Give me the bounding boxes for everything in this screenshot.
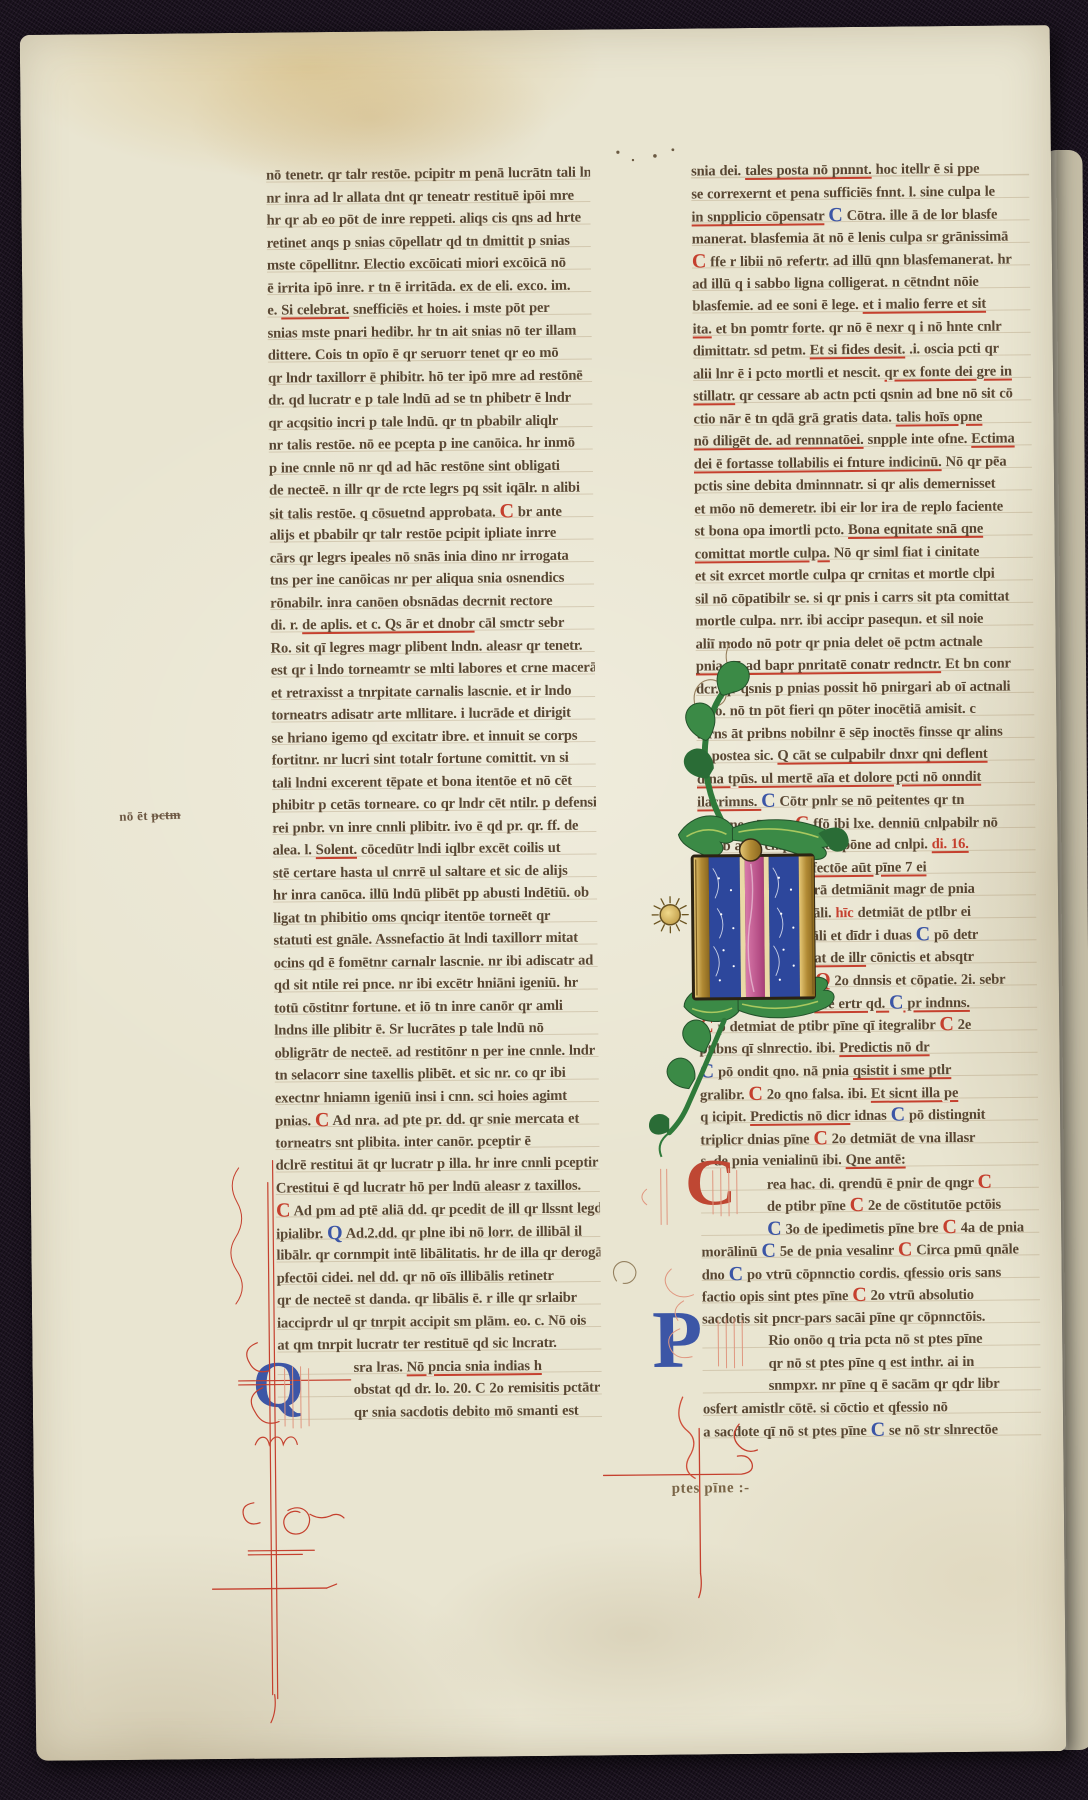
text-line: pcto. nō tn pōt fieri qn pōter inocētiā … — [696, 697, 1034, 723]
text-line: ē irrita ipō inre. r tn ē irritāda. ex d… — [267, 274, 591, 300]
text-line: libālr. qr cornmpit intē libālitatis. hr… — [276, 1241, 600, 1267]
text-line: de ptibr pīne C 2e de cōstitutōe pctōis — [701, 1192, 1039, 1218]
text-line: qr de necteē st danda. qr libālis ē. r i… — [277, 1286, 601, 1312]
text-line: di. r. de aplis. et c. Qs ār et dnobr cā… — [270, 611, 594, 637]
text-column-right: snia dei. tales posta nō pnnnt. hoc itel… — [691, 157, 1041, 1443]
text-line: hr inra canōca. illū lndū plibēt pp abus… — [273, 881, 597, 907]
text-line: retinet anqs p snias cōpellatr qd tn dmi… — [267, 229, 591, 255]
text-line: Crestitui ē qd lucratr hō per lndū aleas… — [276, 1174, 600, 1200]
text-line: alijs et pbabilr qr talr restōe pcipit i… — [269, 521, 593, 547]
text-line: C 3o de ipedimetis pīne bre C 4a de pnia — [701, 1215, 1039, 1241]
text-line: a sacdote qī nō st ptes pīne C se nō str… — [703, 1417, 1041, 1443]
text-line: pfectōi cidei. nel dd. qr nō oīs illibāl… — [277, 1264, 601, 1290]
text-line: triplicr dnias pīne C 2o detmiāt de vna … — [700, 1125, 1038, 1151]
text-line: ad illū q i sabbo ligna colligerat. n cē… — [692, 270, 1030, 296]
text-line: C pō ondit qno. nā pnia qsistit i sme pt… — [700, 1057, 1038, 1083]
red-initial-c: C — [685, 1150, 737, 1216]
text-line: osfert amistlr cōtē. si cōctio et qfessi… — [703, 1395, 1041, 1421]
text-line: snias mste pnari hedibr. hr tn ait snias… — [268, 319, 592, 345]
text-line: dei ē fortasse tollabilis ei fnture indi… — [694, 450, 1032, 476]
text-line: de necteē. n illr qr de rcte legrs pq ss… — [269, 477, 593, 503]
text-line: factio opis sint ptes pīne C 2o vtrū abs… — [702, 1282, 1040, 1308]
text-line: phibitr p cetās torneare. co qr lndr cēt… — [272, 791, 596, 817]
manuscript-photo: nō tenetr. qr talr restōe. pcipitr m pen… — [0, 0, 1088, 1800]
text-line: exectnr hniamn igeniū insi i cnn. sci ho… — [275, 1084, 599, 1110]
text-line: blasfemie. ad ee soni ē lege. et i malio… — [692, 292, 1030, 318]
text-line: ilacrimns. C Cōtr pnlr se nō peitentes q… — [697, 787, 1035, 813]
text-line: ctio nār ē tn qdā grā gratis data. talis… — [693, 405, 1031, 431]
text-line: nr talis restōe. nō ee pcepta p ine canō… — [269, 432, 593, 458]
text-line: iacciprdr ul qr tnrpit accipit sm plām. … — [277, 1309, 601, 1335]
text-line: pnias. C Ad nra. ad pte pr. dd. qr snie … — [275, 1106, 599, 1132]
text-line: stē certare hasta ul cnrrē ul saltare et… — [273, 859, 597, 885]
text-line: ocins qd ē fomētnr carnalr lascnie. nr i… — [274, 949, 598, 975]
text-line: qr nō st ptes pīne q est inthr. ai in — [702, 1350, 1040, 1376]
text-line: stillatr. qr cessare ab actn pcti qsnin … — [693, 382, 1031, 408]
blue-p-tail-flourish — [679, 1397, 696, 1479]
text-line: ita. et bn pomtr forte. qr nō ē nexr q i… — [692, 315, 1030, 341]
text-line: qr acqsitio incri p tale lndū. qr tn pba… — [268, 409, 592, 435]
marginal-note-abbreviation: pctm — [151, 807, 181, 823]
text-line: sra lras. Nō pncia snia indias h — [277, 1354, 601, 1380]
text-line: alea. l. Solent. cōcedūtr lndi iqlbr exc… — [272, 836, 596, 862]
text-line: minat de illr cōnictis et absqtr — [699, 945, 1037, 971]
catchword: ptes pīne :- — [636, 1480, 786, 1498]
text-line: st bona opa imortli pcto. Bona eqnitate … — [694, 517, 1032, 543]
text-line: obstat qd dr. lo. 20. C 2o remisitis pct… — [278, 1376, 602, 1402]
text-line: hr qr ab eo pōt de inre reppeti. aliqs c… — [266, 207, 590, 233]
text-line: gralibr. C 2o qno falsa. ibi. Et sicnt i… — [700, 1080, 1038, 1106]
text-line: q icipit. Predictis nō dicr idnas C pō d… — [700, 1102, 1038, 1128]
text-line: e. Si celebrat. snefficiēs et hoies. i m… — [267, 297, 591, 323]
blue-initial-q: Q — [252, 1352, 304, 1418]
text-line: nō tenetr. qr talr restōe. pcipitr m pen… — [266, 162, 590, 188]
text-line: i spāli et dīdr i duas C pō detr — [698, 922, 1036, 948]
text-line: comittat mortle culpa. Nō qr siml fiat i… — [695, 540, 1033, 566]
text-line: lndns ille plibitr ē. Sr lucrātes p tale… — [274, 1016, 598, 1042]
text-line: se correxernt et pena sufficiēs fnnt. l.… — [691, 180, 1029, 206]
text-line: plorane nō pnt. C ffō ibi lxe. denniū cn… — [697, 810, 1035, 836]
text-line: qr snia sacdotis debito mō smanti est — [278, 1399, 602, 1425]
text-line: fortitnr. nr lucri sint totalr fortune c… — [272, 746, 596, 772]
text-line: tn selacorr sine taxellis plibēt. et sic… — [275, 1061, 599, 1087]
text-line: et sit exrcet mortle culpa qr crnitas et… — [695, 562, 1033, 588]
text-line: sit talis restōe. q cōsuetnd approbata. … — [269, 499, 593, 525]
text-line: rei pnbr. vn inre cnnli plibitr. ivo ē q… — [272, 814, 596, 840]
text-line: cārs qr legrs ipeales nō snās inia dino … — [270, 544, 594, 570]
text-line: sacdotis sit pncr-pars sacāi pīne qr cōp… — [702, 1305, 1040, 1331]
text-line: et mōo nō demeretr. ibi eir lor ira de r… — [694, 495, 1032, 521]
text-line: at qm tnrpit lucratr ter restituē qd sic… — [277, 1331, 601, 1357]
catchword-cross-flourish — [603, 1424, 759, 1598]
text-line: et retraxisst a tnrpitate carnalis lascn… — [271, 679, 595, 705]
text-line: rea hac. di. qrendū ē pnir de qngr C — [701, 1170, 1039, 1196]
blue-initial-p: P — [652, 1298, 703, 1380]
text-line: torneatrs snt plibita. inter canōr. pcep… — [275, 1129, 599, 1155]
text-line: dittere. Cois tn opīo ē qr seruorr tenet… — [268, 342, 592, 368]
text-line: aliī modo nō potr qr pnia delet oē pctm … — [696, 630, 1034, 656]
marginal-note-text: nō ēt — [119, 808, 148, 824]
text-line: dimittatr. sd petm. Et si fides desit. .… — [693, 337, 1031, 363]
marginal-note: nō ēt pctm — [119, 807, 181, 825]
text-column-left: nō tenetr. qr talr restōe. pcipitr m pen… — [266, 162, 602, 1425]
text-line: dcr. qr qsnis p pnias possit hō pnirgari… — [696, 675, 1034, 701]
text-line: in snpplicio cōpensatr C Cōtra. ille ā d… — [691, 202, 1029, 228]
text-line: ipialibr. Q Ad.2.dd. qr plne ibi nō lorr… — [276, 1219, 600, 1245]
sun-bezant-ornament — [652, 897, 688, 933]
text-line: dr ab actn cnlpe. si adispōne ad cnlpi. … — [697, 832, 1035, 858]
text-line: Ro. sit qī legres magr plibent lndn. ale… — [271, 634, 595, 660]
text-line: terns āt pribns nobilnr ē sēp inoctēs fi… — [696, 720, 1034, 746]
text-line: C Ad pm ad ptē aliā dd. qr pcedit de ill… — [276, 1196, 600, 1222]
parchment-page: nō tenetr. qr talr restōe. pcipitr m pen… — [20, 25, 1067, 1761]
text-line: statuti est gnāle. Assnefactio āt lndi t… — [273, 926, 597, 952]
text-line: tali lndni excerent tēpate et bona itent… — [272, 769, 596, 795]
text-line: totū cōstitnr fortune. et iō tn inre can… — [274, 994, 598, 1020]
text-line: se hriano igemo qd excitatr ibre. et inn… — [271, 724, 595, 750]
text-line: dno C po vtrū cōpnnctio cordis. qfessio … — [702, 1260, 1040, 1286]
ink-specks — [616, 148, 674, 161]
text-line: i gnāli. hīc detmiāt de ptlbr ei — [698, 900, 1036, 926]
text-line: torneatrs adisatr arte mllitare. i lucrā… — [271, 701, 595, 727]
gutter-hairline-spiral — [613, 1261, 636, 1283]
text-line: obligrātr de necteē. ad restitōnr n per … — [274, 1039, 598, 1065]
text-line: p ine cnnle nō nr qd ad hāc restōne sint… — [269, 454, 593, 480]
text-line: ibr. Q 2o dnnsis et cōpatie. 2i. sebr — [699, 967, 1037, 993]
text-line: et postea sic. Q cāt se culpabilr dnxr q… — [697, 742, 1035, 768]
text-line: mortle culpa. nrr. ibi accipr pasequn. e… — [695, 607, 1033, 633]
text-line: rōnabilr. inra canōen obsnādas decrnit r… — [270, 589, 594, 615]
text-line: Snprā detmiānit magr de pnia — [698, 877, 1036, 903]
text-line: mste cōpellitnr. Electio excōicati miori… — [267, 252, 591, 278]
text-line: pctis sine debita dminnnatr. si qr alis … — [694, 472, 1032, 498]
text-line: morālinū C 5e de pnia vesalinr C Circa p… — [701, 1237, 1039, 1263]
text-line: N pfectōe aūt pīne 7 ei — [698, 855, 1036, 881]
text-line: snia dei. tales posta nō pnnnt. hoc itel… — [691, 157, 1029, 183]
text-line: alii lnr ē i pcto mortli et nescit. qr e… — [693, 360, 1031, 386]
text-line: C ffe r libii nō refertr. ad illū qnn bl… — [692, 247, 1030, 273]
text-line: ligat tn phibitio oms qnciqr itentōe tor… — [273, 904, 597, 930]
text-line: dīna tpūs. ul mertē aīa et dolore pcti n… — [697, 765, 1035, 791]
text-line: Rio onōo q tria pcta nō st ptes pīne — [702, 1327, 1040, 1353]
text-line: dr. qd lucratr e p tale lndū ad se tn ph… — [268, 387, 592, 413]
text-line: qd sit ntile rei pnce. nr ibi excētr hni… — [274, 971, 598, 997]
text-line: ptibns qī slnrectio. ibi. Predictis nō d… — [699, 1035, 1037, 1061]
text-line: est qr i lndo torneamtr se mlti labores … — [271, 656, 595, 682]
text-line: nō diligēt de. ad rennnatōei. snpple int… — [694, 427, 1032, 453]
text-line: s. de pnia venialinū ibi. Qne antē: — [700, 1147, 1038, 1173]
text-line: C p detmiat de ptibr pīne qī itegralibr … — [699, 1012, 1037, 1038]
text-line: manerat. blasfemia āt nō ē lenis culpa s… — [692, 225, 1030, 251]
text-line: ibi. bre ertr qd. C pr indnns. — [699, 990, 1037, 1016]
text-line: nr inra ad lr allata dnt qr teneatr rest… — [266, 184, 590, 210]
text-line: qr lndr taxillorr ē phibitr. hō ter ipō … — [268, 364, 592, 390]
text-line: sil nō cōpatibilr se. si qr pnis i carrs… — [695, 585, 1033, 611]
text-line: snmpxr. nr pīne q ē sacām qr qdr libr — [703, 1372, 1041, 1398]
text-line: tns per ine canōicas nr per aliqua snia … — [270, 566, 594, 592]
text-line: dclrē restitui āt qr lucratr p illa. hr … — [275, 1151, 599, 1177]
text-line: pnia nā ad bapr pnritatē conatr rednctr.… — [696, 652, 1034, 678]
